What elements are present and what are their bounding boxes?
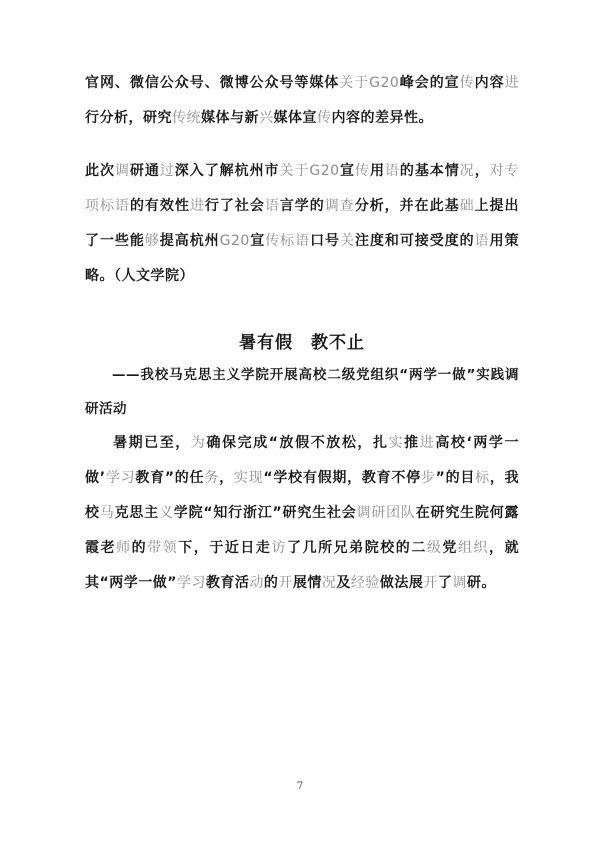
text-run: 内容的差异性。	[332, 110, 434, 126]
text-run: 语	[475, 233, 490, 249]
text-run: 做法展	[380, 575, 424, 591]
text-run: 及	[336, 575, 351, 591]
text-run: 的	[264, 575, 279, 591]
paragraph-media-analysis: 官网、微信公众号、微博公众号等媒体关于G20峰会的宣传内容进行分析，研究传统媒体…	[85, 66, 519, 136]
page-content: 官网、微信公众号、微博公众号等媒体关于G20峰会的宣传内容进行分析，研究传统媒体…	[85, 66, 519, 601]
text-run: 行分析，研究	[85, 110, 172, 126]
text-run: 况	[322, 575, 337, 591]
text-run: 传标语	[265, 233, 310, 249]
text-run: 用	[370, 163, 385, 179]
text-run: 传	[317, 110, 332, 126]
text-run: 的	[132, 540, 148, 556]
text-run: 调	[452, 575, 467, 591]
text-run: 关于G20	[279, 163, 339, 179]
text-run: 语	[265, 198, 280, 214]
text-run: 础	[460, 198, 475, 214]
text-run: 过	[160, 163, 175, 179]
text-run: 传	[355, 163, 370, 179]
text-run: 的有效性	[130, 198, 190, 214]
text-run: 况	[460, 163, 475, 179]
text-run: 学习	[177, 575, 206, 591]
text-run: 进	[190, 198, 205, 214]
text-run: 进	[505, 75, 520, 91]
text-run: 学习	[106, 470, 136, 486]
text-run: 宣	[250, 233, 265, 249]
text-run: 动	[249, 575, 264, 591]
text-run: 党	[442, 540, 458, 556]
text-run: 确保完成“放假不放松，扎	[206, 435, 388, 451]
text-run: 开	[423, 575, 438, 591]
text-run: 调研团队	[357, 505, 416, 521]
text-run: 实现	[234, 470, 264, 486]
text-run: 分析，并在此基	[355, 198, 460, 214]
text-run: 传	[460, 75, 475, 91]
text-run: 关于G20	[339, 75, 399, 91]
text-run: 研通	[130, 163, 160, 179]
text-run: 下，于近日走	[178, 540, 271, 556]
article-title: 暑有假 教不止	[85, 328, 519, 358]
text-run: 进	[420, 435, 436, 451]
text-run: 调	[115, 163, 130, 179]
text-run: 行了社会	[205, 198, 265, 214]
text-run: 传统	[172, 110, 201, 126]
text-run: 访	[271, 540, 287, 556]
article-subtitle: ——我校马克思主义学院开展高校二级党组织“两学一做”实践调研活动	[85, 358, 519, 426]
text-run: “学校有假期，教育不停	[263, 470, 420, 486]
text-run: 实	[389, 435, 405, 451]
text-run: 克思主	[115, 505, 159, 521]
document-page: 官网、微信公众号、微博公众号等媒体关于G20峰会的宣传内容进行分析，研究传统媒体…	[0, 0, 600, 848]
text-run: 学院“知行浙江”研究生社会	[174, 505, 357, 521]
text-run: G20	[220, 233, 250, 249]
text-run: 宣	[340, 163, 355, 179]
text-run: 内容	[475, 75, 505, 91]
page-number: 7	[0, 780, 600, 792]
text-run: 为	[191, 435, 207, 451]
text-run: 口号	[310, 233, 340, 249]
text-run: 兴	[259, 110, 274, 126]
text-run: 教育活	[206, 575, 250, 591]
text-run: 提高杭州	[160, 233, 220, 249]
paragraph-survey-conclusion: 此次调研通过深入了解杭州市关于G20宣传用语的基本情况，对专项标语的有效性进行了…	[85, 154, 519, 294]
text-run: ，	[475, 163, 490, 179]
text-run: 带领	[147, 540, 178, 556]
text-run: 此次	[85, 163, 115, 179]
text-run: 展情	[293, 575, 322, 591]
text-run: 调查	[325, 198, 355, 214]
text-run: 教育”的任	[135, 470, 204, 486]
text-run: 峰会的宣	[399, 75, 459, 91]
text-run: 级	[427, 540, 443, 556]
text-run: 深入了解杭州市	[175, 163, 280, 179]
text-run: 师	[116, 540, 132, 556]
text-run: 推	[404, 435, 420, 451]
text-run: 开	[278, 575, 293, 591]
text-run: 的基本情	[400, 163, 460, 179]
text-run: 义	[159, 505, 174, 521]
text-run: 语	[385, 163, 400, 179]
text-run: 步	[421, 470, 436, 486]
text-run: 暑期已至，	[113, 435, 191, 451]
text-run: 官网、微信公众号、微博公众号等媒体	[85, 75, 339, 91]
text-run: 注度和可接受度的	[355, 233, 475, 249]
text-run: 务	[204, 470, 219, 486]
text-run: 了	[438, 575, 453, 591]
text-run: 够	[145, 233, 160, 249]
text-run: 言学的	[280, 198, 325, 214]
paragraph-article-body: 暑期已至，为确保完成“放假不放松，扎实推进高校‘两学一做’学习教育”的任务，实现…	[85, 426, 519, 601]
text-run: 组织	[458, 540, 489, 556]
text-run: 标	[475, 470, 490, 486]
text-run: 媒体宣	[274, 110, 318, 126]
text-run: ，	[219, 470, 234, 486]
text-run: ”的目	[436, 470, 475, 486]
text-run: 媒体与新	[201, 110, 259, 126]
text-run: 了几所兄弟院校的二	[287, 540, 427, 556]
text-run: 研。	[467, 575, 496, 591]
text-run: 关	[340, 233, 355, 249]
text-run: 马	[100, 505, 115, 521]
text-run: 经验	[351, 575, 380, 591]
